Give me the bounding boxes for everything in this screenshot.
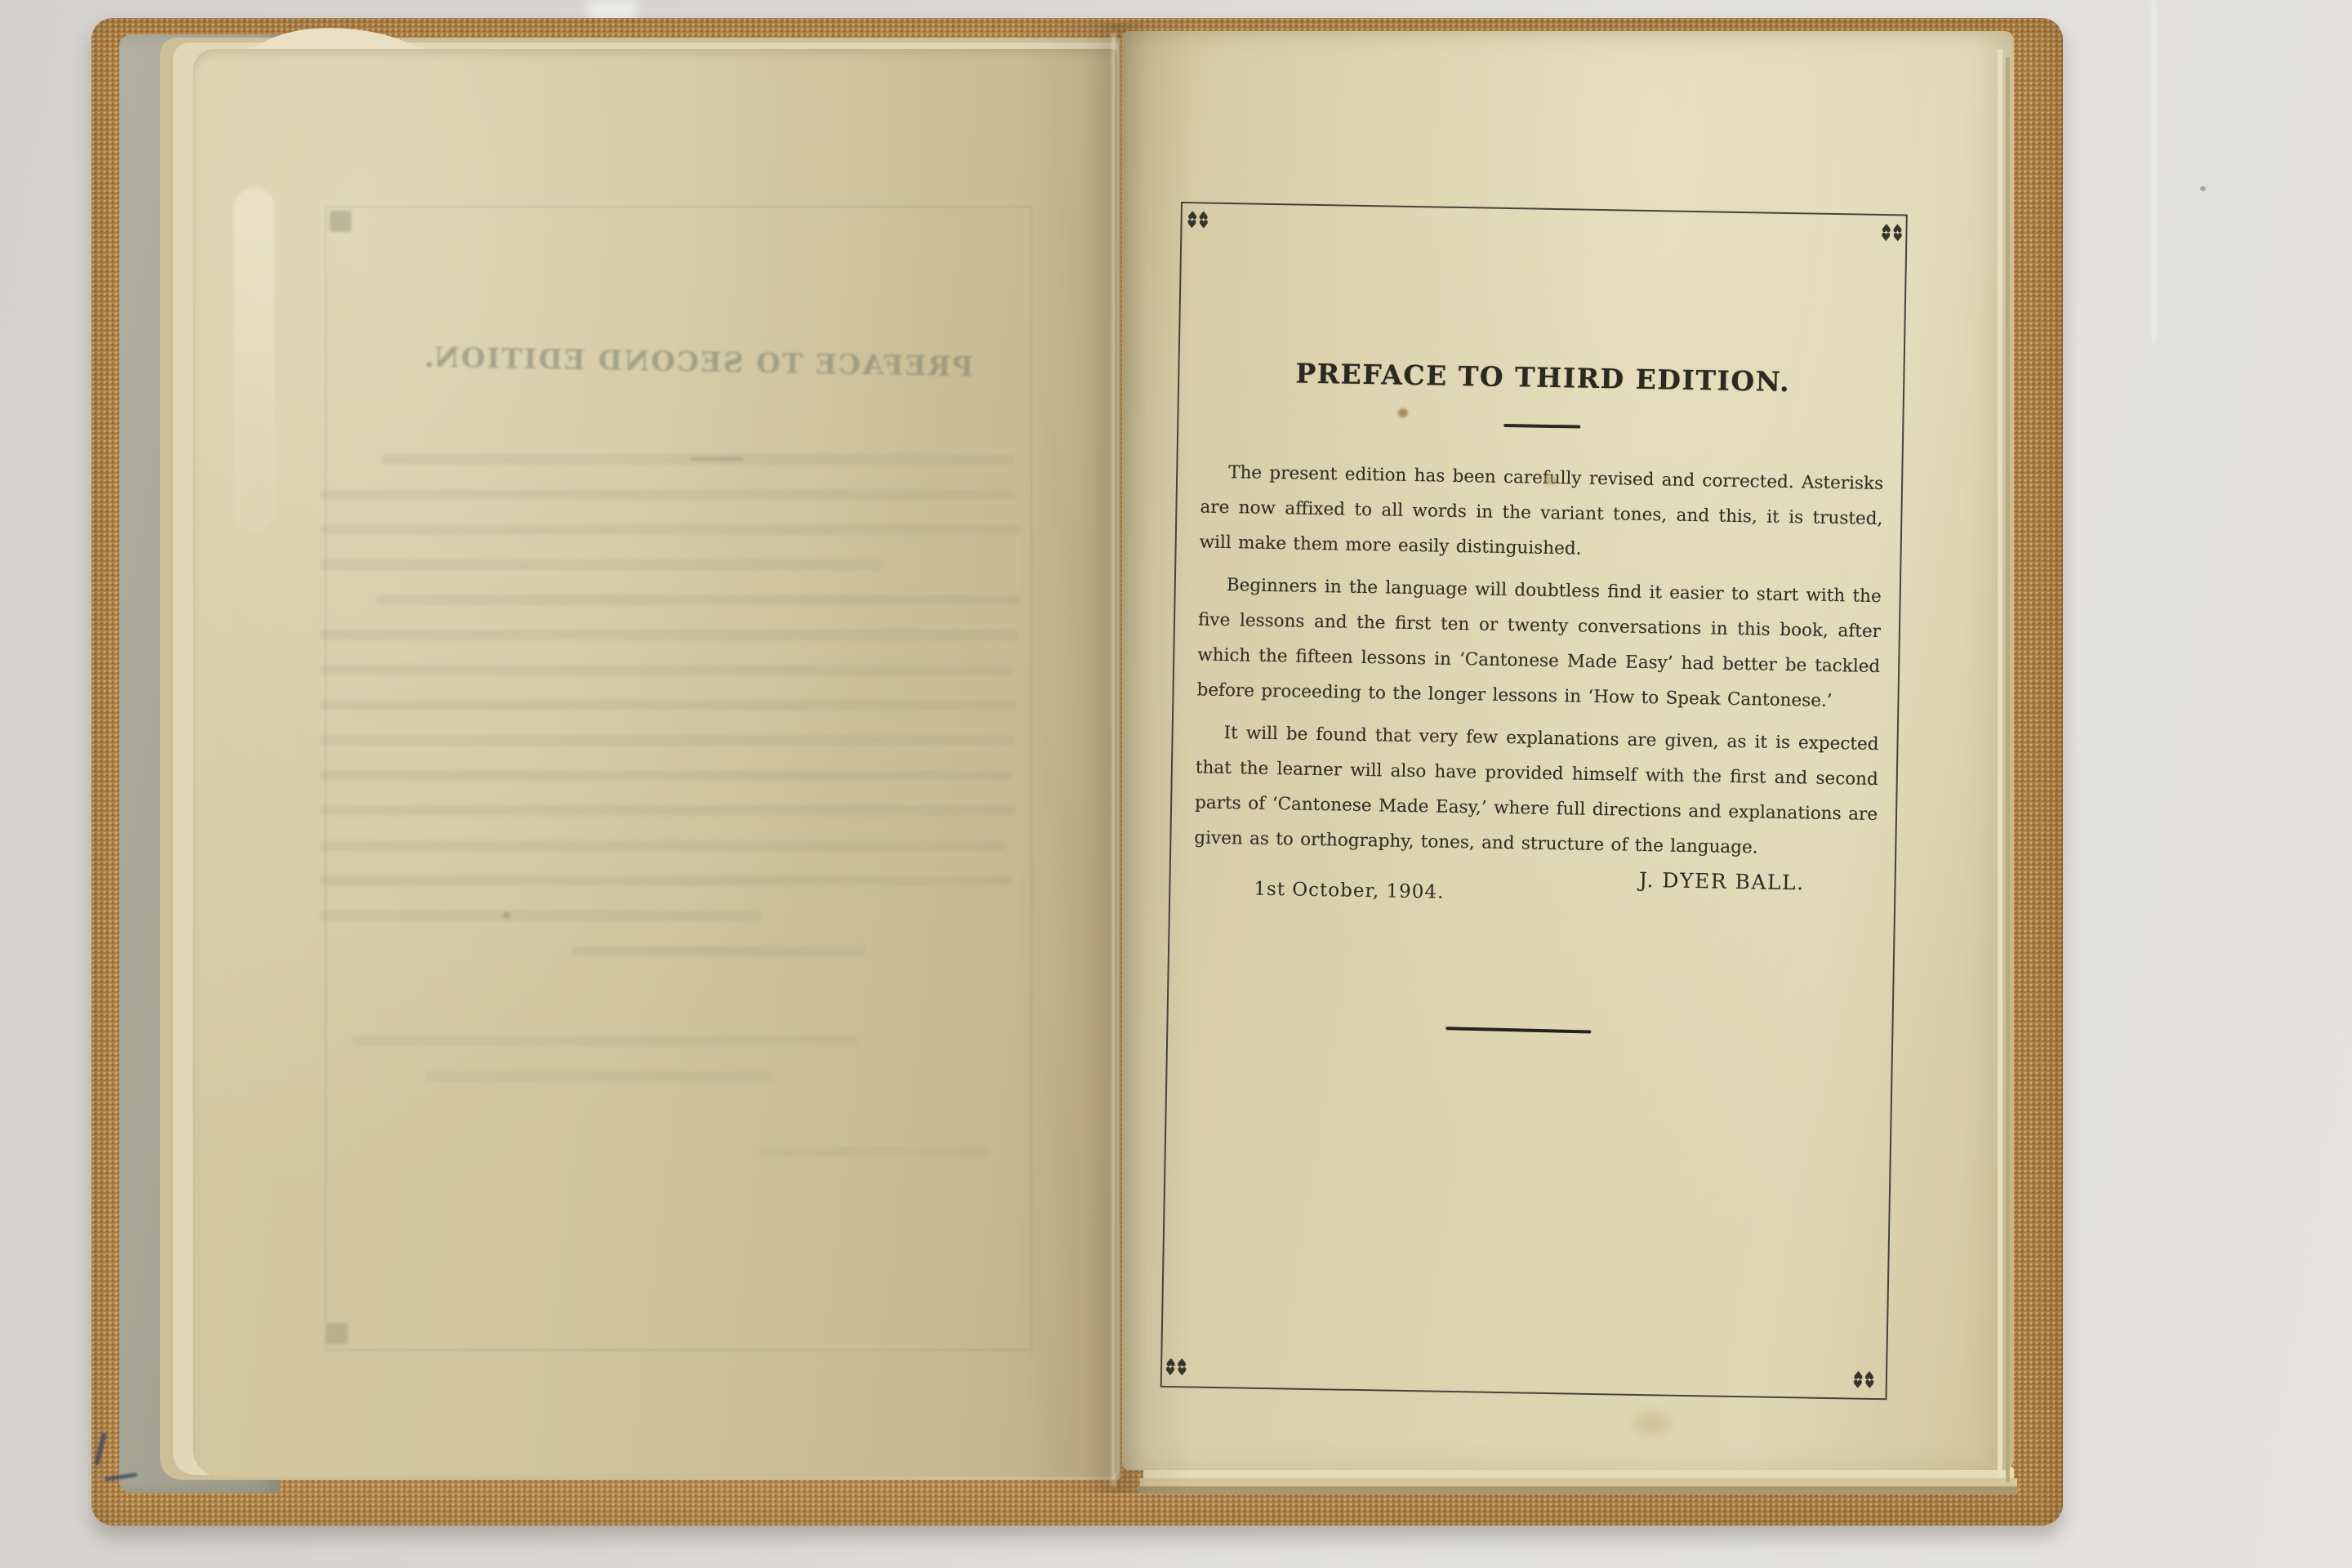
show-through-ornament [330, 211, 351, 232]
foxing-spot [1543, 475, 1557, 485]
preface-content: PREFACE TO THIRD EDITION. The present ed… [1162, 203, 1906, 1398]
backdrop-speck [2200, 186, 2206, 191]
foxing-spot [503, 911, 510, 919]
title-divider-rule [1503, 424, 1580, 429]
foxing-spot [1398, 408, 1408, 417]
page-title: PREFACE TO THIRD EDITION. [1194, 355, 1892, 399]
backdrop-seam [2153, 0, 2155, 343]
torn-page-edge [234, 188, 274, 531]
gutter-highlight [1112, 33, 1115, 1486]
preface-paragraph-2: Beginners in the language will doubtless… [1196, 567, 1882, 719]
page-edge-line [1998, 49, 2002, 1478]
foxing-spot [1633, 1413, 1671, 1434]
under-page-edge [1137, 1486, 2019, 1494]
show-through-ornament [327, 1323, 348, 1344]
preface-paragraph-1: The present edition has been carefully r… [1199, 454, 1883, 572]
printed-border-frame: PREFACE TO THIRD EDITION. The present ed… [1160, 202, 1908, 1400]
page-edge-line [2006, 57, 2010, 1482]
preface-paragraph-3: It will be found that very few explanati… [1194, 715, 1879, 867]
section-end-rule [1445, 1027, 1591, 1033]
photo-backdrop: PREFACE TO SECOND EDITION. PREFACE TO TH… [0, 0, 2352, 1568]
